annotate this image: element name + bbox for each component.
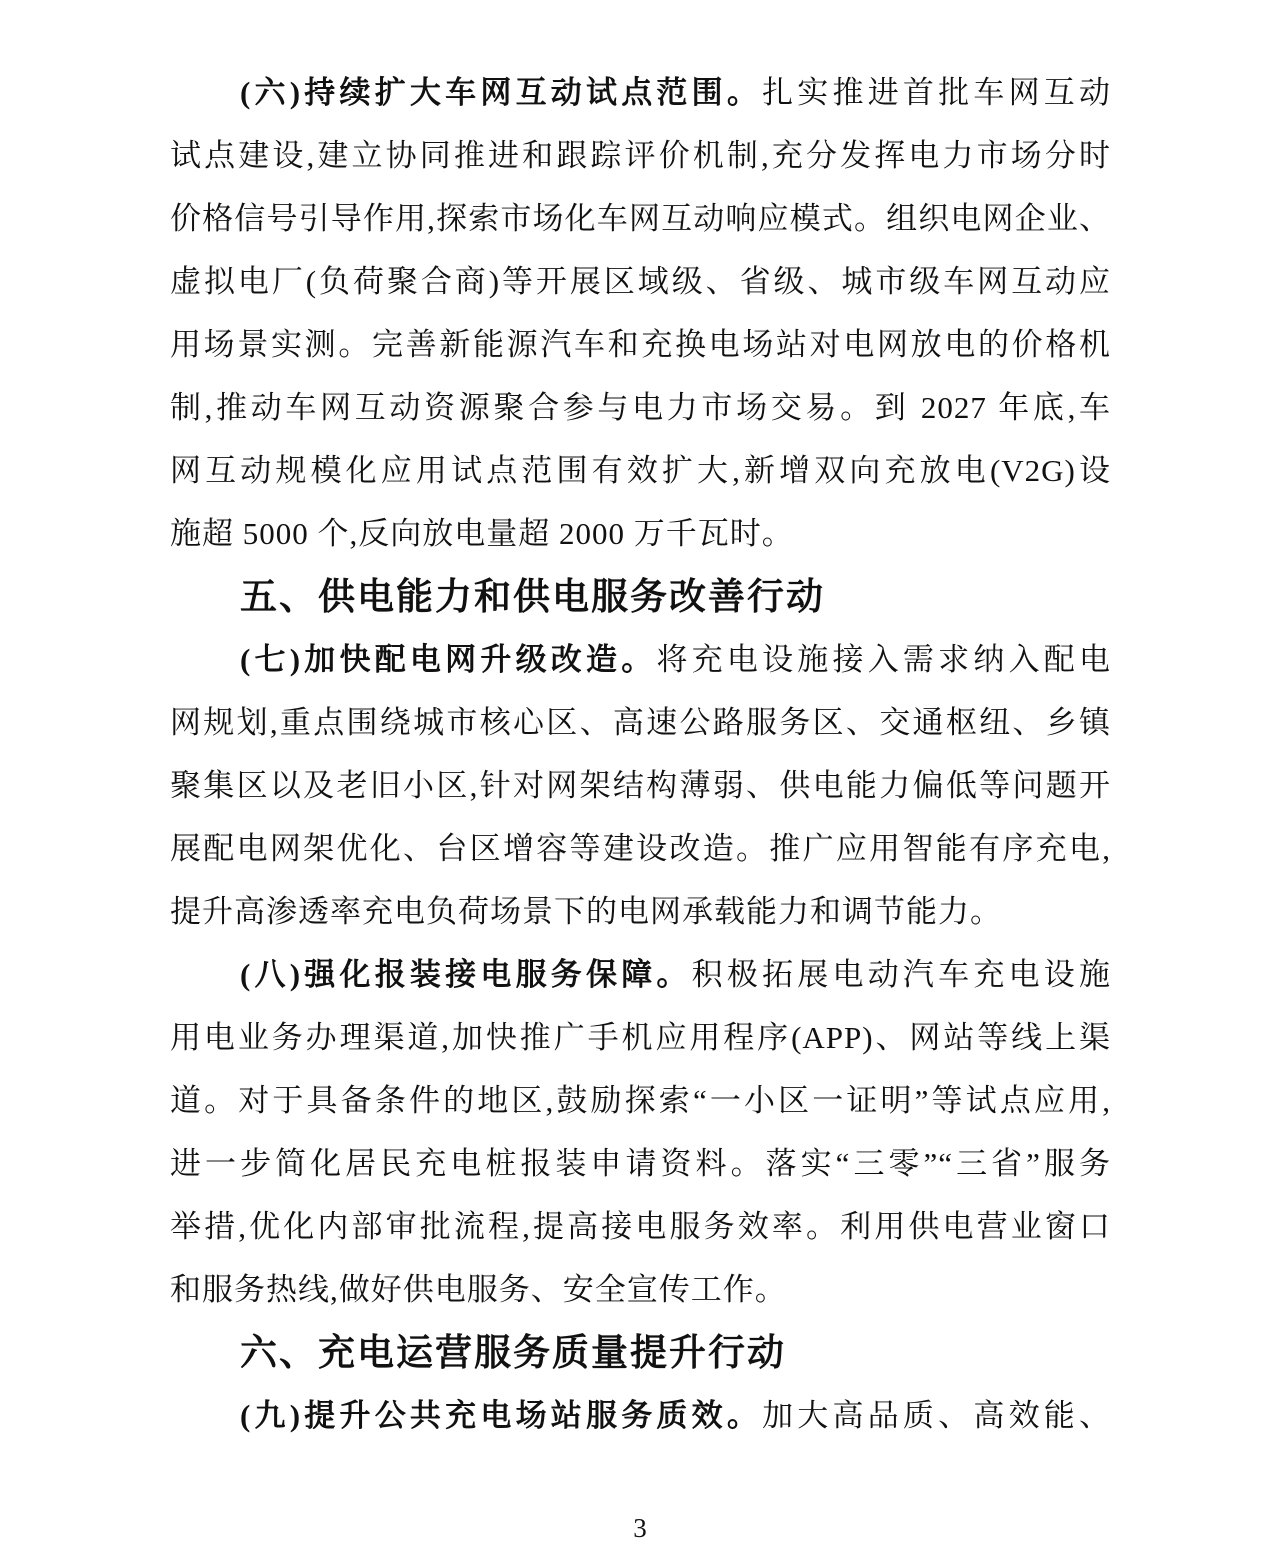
paragraph-item-6: (六)持续扩大车网互动试点范围。扎实推进首批车网互动 试点建设,建立协同推进和跟…: [170, 61, 1111, 565]
paragraph-lead: (八)强化报装接电服务保障。: [240, 957, 692, 992]
text-line: (六)持续扩大车网互动试点范围。扎实推进首批车网互动: [170, 61, 1111, 124]
text-line: 举措,优化内部审批流程,提高接电服务效率。利用供电营业窗口: [170, 1195, 1111, 1258]
text-line: 聚集区以及老旧小区,针对网架结构薄弱、供电能力偏低等问题开: [170, 754, 1111, 817]
text-line: 道。对于具备条件的地区,鼓励探索“一小区一证明”等试点应用,: [170, 1069, 1111, 1132]
section-heading-6: 六、充电运营服务质量提升行动: [170, 1321, 1111, 1384]
text-line: 用电业务办理渠道,加快推广手机应用程序(APP)、网站等线上渠: [170, 1006, 1111, 1069]
text-line: 试点建设,建立协同推进和跟踪评价机制,充分发挥电力市场分时: [170, 124, 1111, 187]
text-line: (七)加快配电网升级改造。将充电设施接入需求纳入配电: [170, 628, 1111, 691]
text-line: 制,推动车网互动资源聚合参与电力市场交易。到 2027 年底,车: [170, 376, 1111, 439]
paragraph-item-9: (九)提升公共充电场站服务质效。加大高品质、高效能、: [170, 1384, 1111, 1447]
text-line: 施超 5000 个,反向放电量超 2000 万千瓦时。: [170, 502, 1111, 565]
section-heading-5: 五、供电能力和供电服务改善行动: [170, 565, 1111, 628]
paragraph-text: 积极拓展电动汽车充电设施: [692, 957, 1111, 992]
paragraph-text: 将充电设施接入需求纳入配电: [656, 642, 1111, 677]
text-line: 价格信号引导作用,探索市场化车网互动响应模式。组织电网企业、: [170, 187, 1111, 250]
text-line: 网规划,重点围绕城市核心区、高速公路服务区、交通枢纽、乡镇: [170, 691, 1111, 754]
paragraph-lead: (七)加快配电网升级改造。: [240, 642, 656, 677]
document-page: (六)持续扩大车网互动试点范围。扎实推进首批车网互动 试点建设,建立协同推进和跟…: [0, 0, 1280, 1567]
page-number: 3: [0, 1508, 1280, 1548]
text-line: 展配电网架优化、台区增容等建设改造。推广应用智能有序充电,: [170, 817, 1111, 880]
paragraph-text: 扎实推进首批车网互动: [762, 75, 1111, 110]
text-line: 和服务热线,做好供电服务、安全宣传工作。: [170, 1258, 1111, 1321]
text-line: 虚拟电厂(负荷聚合商)等开展区域级、省级、城市级车网互动应: [170, 250, 1111, 313]
paragraph-item-7: (七)加快配电网升级改造。将充电设施接入需求纳入配电 网规划,重点围绕城市核心区…: [170, 628, 1111, 943]
paragraph-item-8: (八)强化报装接电服务保障。积极拓展电动汽车充电设施 用电业务办理渠道,加快推广…: [170, 943, 1111, 1321]
text-line: (九)提升公共充电场站服务质效。加大高品质、高效能、: [170, 1384, 1111, 1447]
text-line: 提升高渗透率充电负荷场景下的电网承载能力和调节能力。: [170, 880, 1111, 943]
text-line: 进一步简化居民充电桩报装申请资料。落实“三零”“三省”服务: [170, 1132, 1111, 1195]
paragraph-lead: (九)提升公共充电场站服务质效。: [240, 1398, 762, 1433]
text-line: 网互动规模化应用试点范围有效扩大,新增双向充放电(V2G)设: [170, 439, 1111, 502]
text-line: (八)强化报装接电服务保障。积极拓展电动汽车充电设施: [170, 943, 1111, 1006]
paragraph-text: 加大高品质、高效能、: [762, 1398, 1111, 1433]
document-body: (六)持续扩大车网互动试点范围。扎实推进首批车网互动 试点建设,建立协同推进和跟…: [170, 61, 1111, 1447]
paragraph-lead: (六)持续扩大车网互动试点范围。: [240, 75, 762, 110]
text-line: 用场景实测。完善新能源汽车和充换电场站对电网放电的价格机: [170, 313, 1111, 376]
